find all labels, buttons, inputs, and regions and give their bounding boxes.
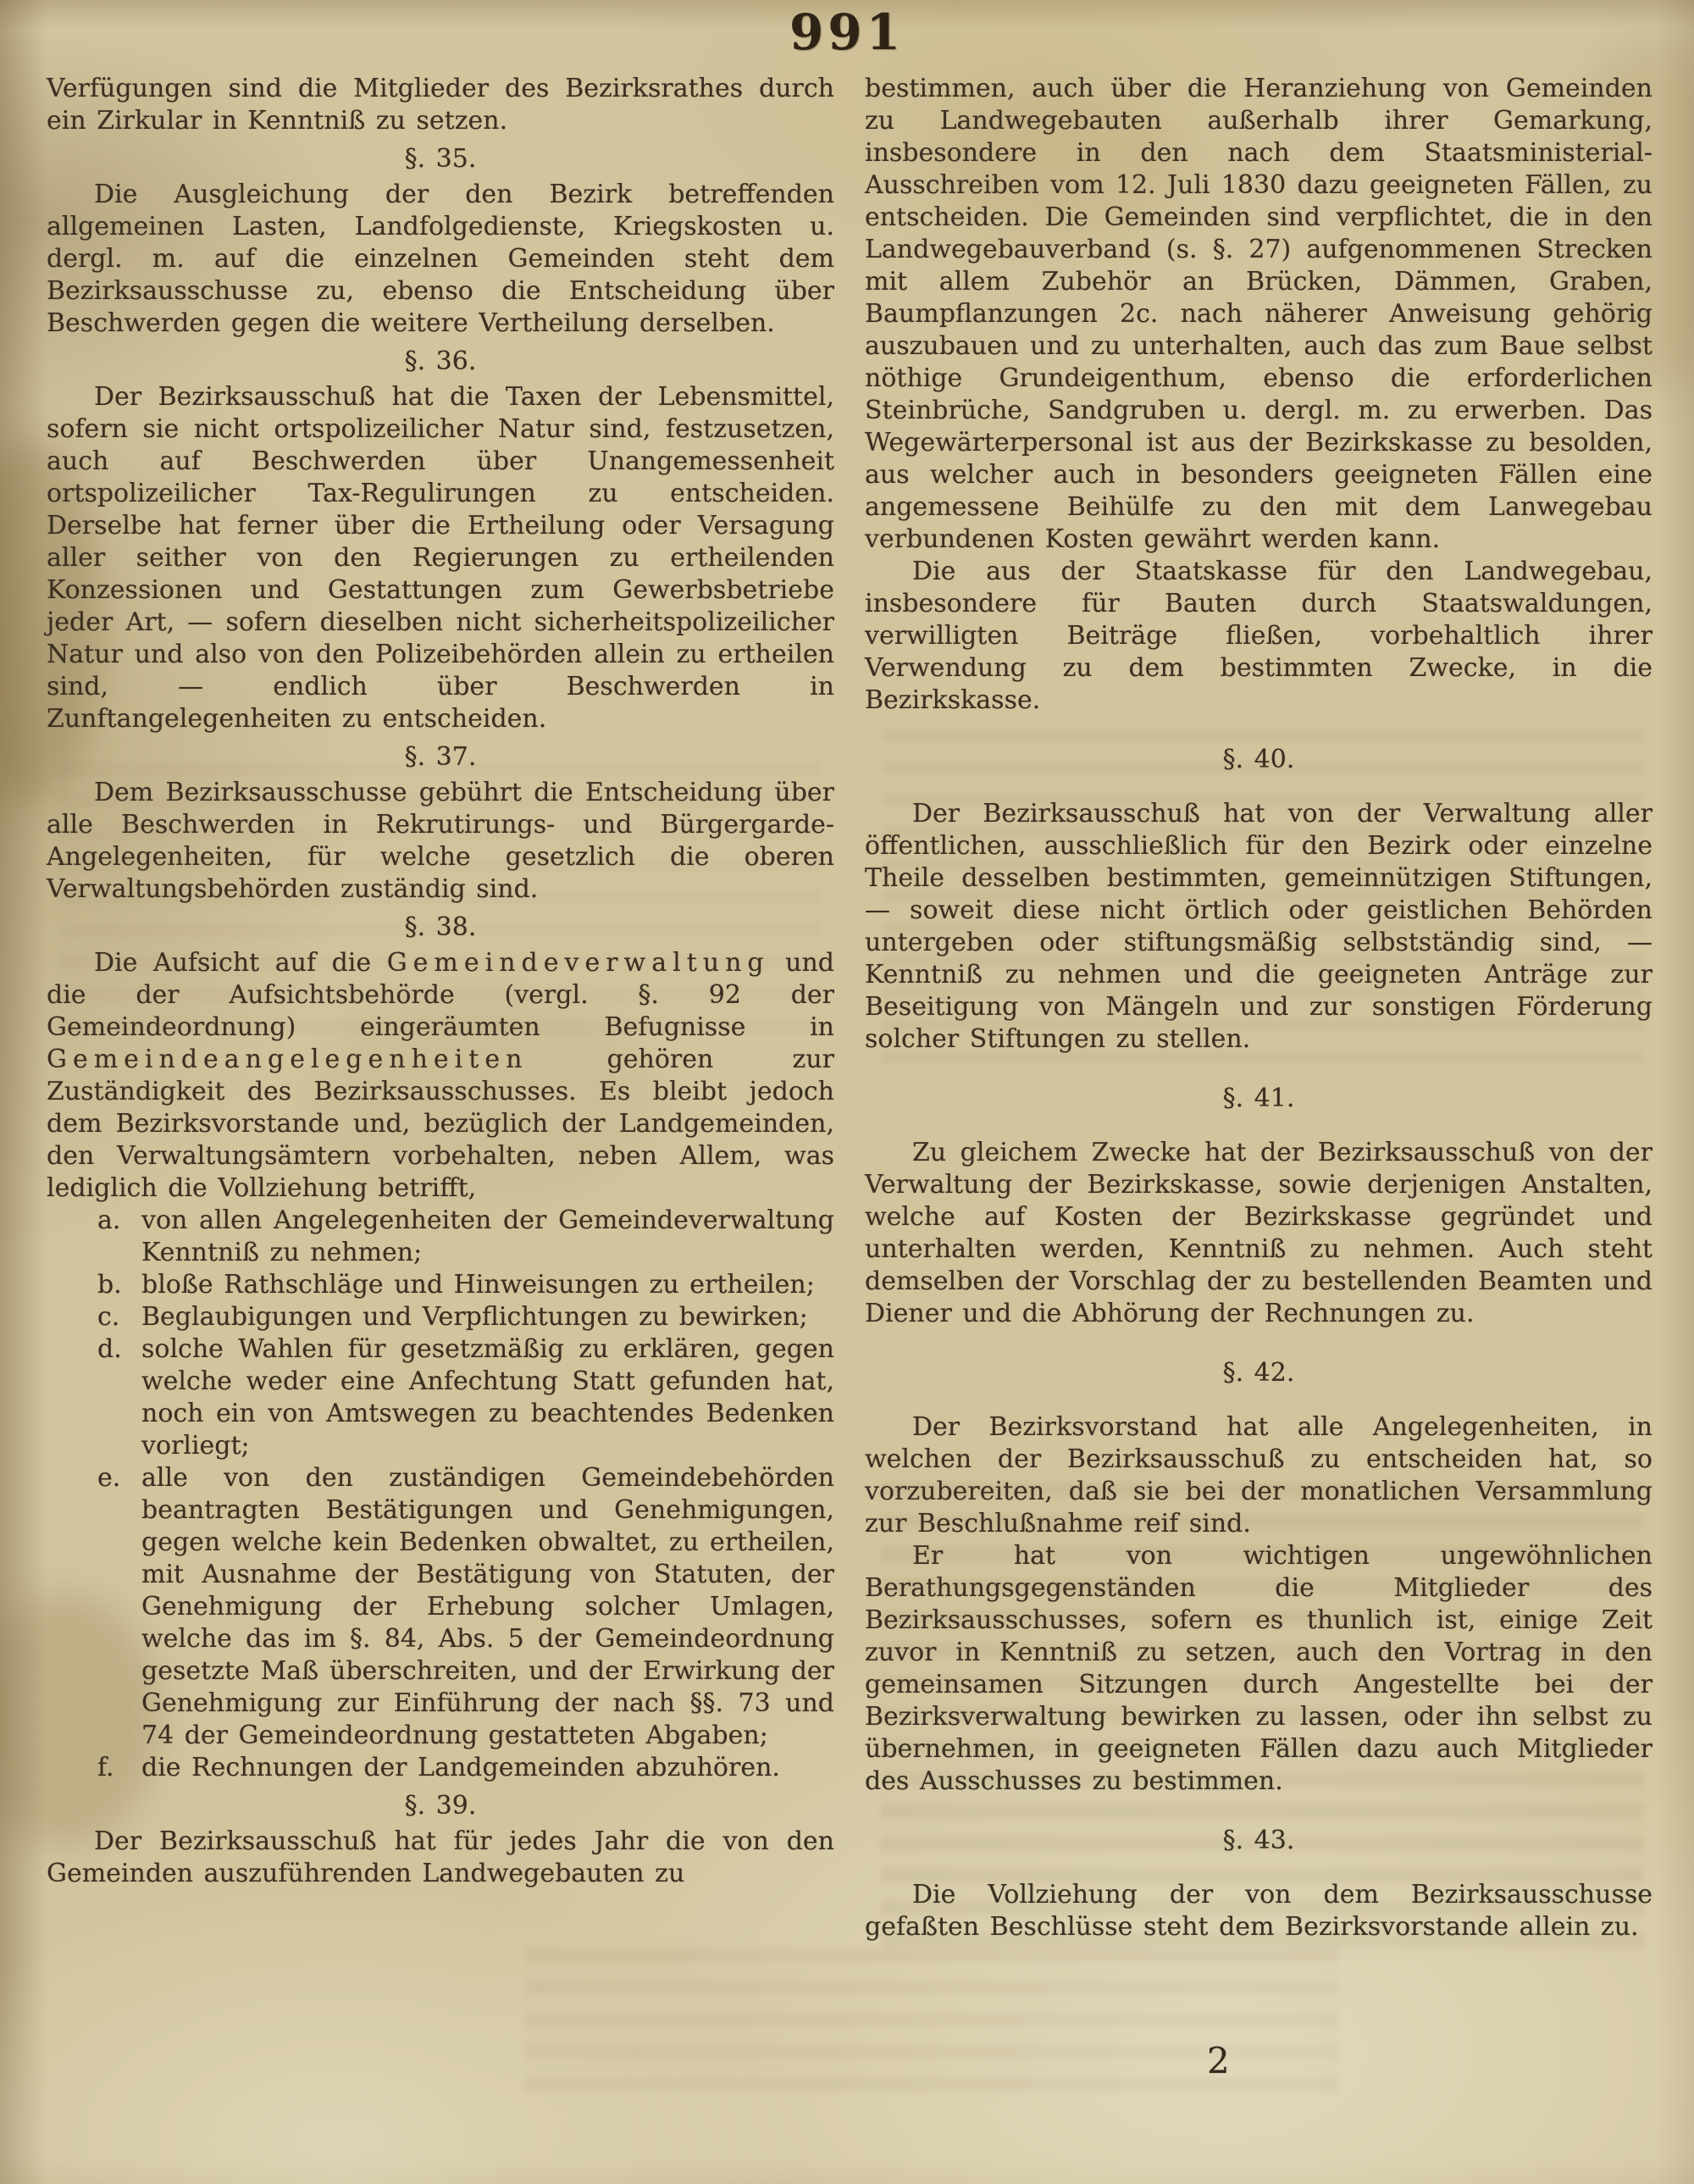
paragraph: Die aus der Staatskasse für den Landwege… <box>865 556 1652 717</box>
section-heading: §. 38. <box>47 912 834 944</box>
spaced-emphasis: Gemeindeverwaltung <box>387 948 770 978</box>
paragraph: Die Aufsicht auf die Gemeindeverwaltung … <box>47 947 834 1205</box>
list-item: d.solche Wahlen für gesetzmäßig zu erklä… <box>97 1333 834 1462</box>
paragraph: Die Vollziehung der von dem Bezirksaussc… <box>865 1879 1652 1943</box>
list-item-text: bloße Rathschläge und Hinweisungen zu er… <box>141 1269 834 1301</box>
list-item: a.von allen Angelegenheiten der Gemeinde… <box>97 1205 834 1269</box>
page-content: Verfügungen sind die Mitglieder des Bezi… <box>47 73 1652 1943</box>
list-marker: d. <box>97 1333 141 1462</box>
paragraph: Der Bezirksvorstand hat alle Angelegenhe… <box>865 1411 1652 1540</box>
paragraph: Der Bezirksausschuß hat von der Verwaltu… <box>865 798 1652 1056</box>
signature-mark: 2 <box>1207 2040 1230 2081</box>
list-item-text: alle von den zuständigen Gemeindebehörde… <box>141 1462 834 1752</box>
list-marker: b. <box>97 1269 141 1301</box>
section-heading: §. 42. <box>865 1357 1652 1389</box>
page-number: 991 <box>0 3 1694 61</box>
paragraph: Verfügungen sind die Mitglieder des Bezi… <box>47 73 834 137</box>
list-item: b.bloße Rathschläge und Hinweisungen zu … <box>97 1269 834 1301</box>
paragraph: Der Bezirksausschuß hat die Taxen der Le… <box>47 381 834 735</box>
scanned-page: 991 Verfügungen sind die Mitglieder des … <box>0 0 1694 2184</box>
list-item: f.die Rechnungen der Landgemeinden abzuh… <box>97 1752 834 1784</box>
paragraph: Die Ausgleichung der den Bezirk betreffe… <box>47 179 834 340</box>
list-marker: e. <box>97 1462 141 1752</box>
paragraph: Dem Bezirksausschusse gebührt die Entsch… <box>47 777 834 906</box>
list-item-text: solche Wahlen für gesetzmäßig zu erkläre… <box>141 1333 834 1462</box>
list-item-text: Beglaubigungen und Verpflichtungen zu be… <box>141 1301 834 1333</box>
spaced-emphasis: Gemeindeangelegenheiten <box>47 1045 528 1074</box>
list-marker: a. <box>97 1205 141 1269</box>
paragraph: Er hat von wichtigen ungewöhnlichen Bera… <box>865 1540 1652 1798</box>
list-item: c.Beglaubigungen und Verpflichtungen zu … <box>97 1301 834 1333</box>
section-heading: §. 41. <box>865 1083 1652 1115</box>
section-heading: §. 43. <box>865 1825 1652 1857</box>
list-item-text: die Rechnungen der Landgemeinden abzuhör… <box>141 1752 834 1784</box>
list-item: e.alle von den zuständigen Gemeindebehör… <box>97 1462 834 1752</box>
section-heading: §. 36. <box>47 346 834 378</box>
list-marker: f. <box>97 1752 141 1784</box>
list-item-text: von allen Angelegenheiten der Gemeindeve… <box>141 1205 834 1269</box>
right-column: bestimmen, auch über die Heranziehung vo… <box>865 73 1652 1943</box>
paragraph: Zu gleichem Zwecke hat der Bezirksaussch… <box>865 1137 1652 1330</box>
left-column: Verfügungen sind die Mitglieder des Bezi… <box>47 73 834 1943</box>
section-heading: §. 40. <box>865 744 1652 776</box>
section-heading: §. 37. <box>47 741 834 773</box>
paragraph: bestimmen, auch über die Heranziehung vo… <box>865 73 1652 556</box>
list-marker: c. <box>97 1301 141 1333</box>
paragraph: Der Bezirksausschuß hat für jedes Jahr d… <box>47 1826 834 1890</box>
section-heading: §. 35. <box>47 143 834 175</box>
section-heading: §. 39. <box>47 1790 834 1822</box>
